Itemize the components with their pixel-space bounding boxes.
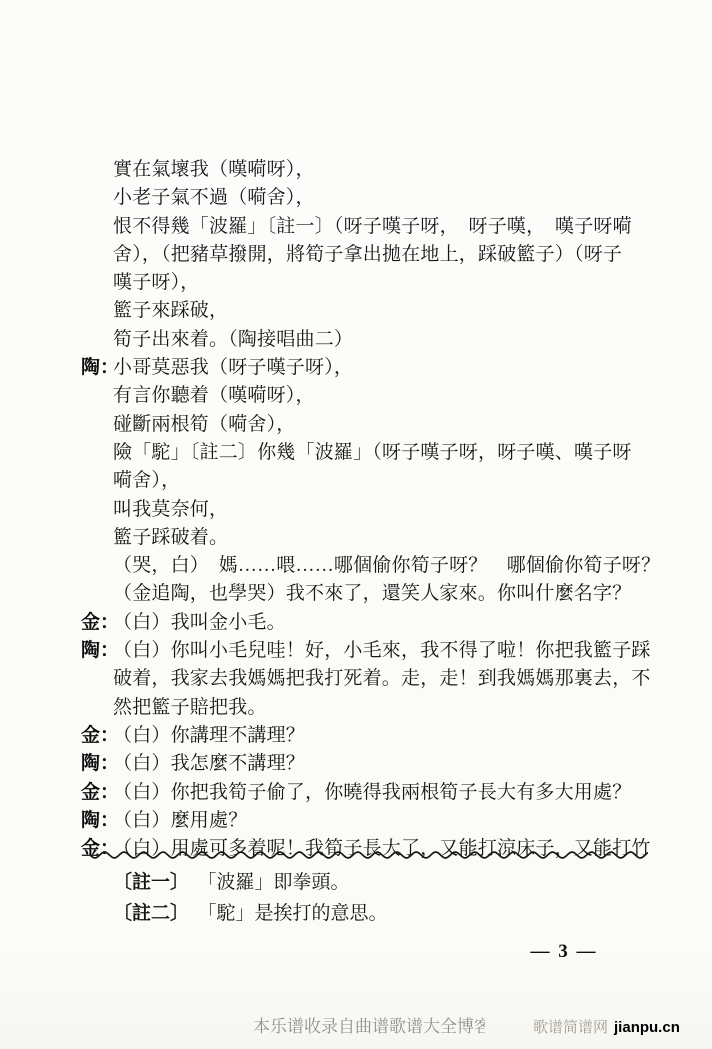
footnote: 〔註一〕「波羅」即拳頭。 [113,868,388,899]
script-line: 嗬舍）， [0,467,680,495]
speaker-label: 陶： [81,750,119,778]
script-line: 金：（白）我叫金小毛。 [0,609,680,637]
speaker-label: 陶： [81,354,119,382]
script-line: 陶：（白）你叫小毛兒哇！好，小毛來，我不得了啦！你把我籃子踩 [0,637,680,665]
script-line: 陶：（白）我怎麼不講理？ [0,750,680,778]
speaker-label: 金： [81,722,119,750]
script-line: 叫我莫奈何， [0,496,680,524]
line-text: 小老子氣不過（嗬舍）， [113,187,315,208]
line-text: （白）你把我筍子偷了，你曉得我兩根筍子長大有多大用處？ [113,782,631,803]
watermark-site-name: 歌谱简谱网 [533,1019,608,1036]
line-text: 險「駝」〔註二〕你幾「波羅」（呀子嘆子呀，呀子嘆、嘆子呀 [113,442,632,463]
line-text: 嘆子呀）， [113,272,200,293]
watermark-site: 歌谱简谱网jianpu.cn [533,1016,680,1037]
line-text: 有言你聽着（嘆嗬呀）， [113,385,315,406]
line-text: 小哥莫惡我（呀子嘆子呀）， [113,357,353,378]
speaker-label: 金： [81,609,119,637]
line-text: （哭，白） 媽……喂……哪個偷你筍子呀？ 哪個偷你筍子呀？ [113,555,660,576]
line-text: 籃子踩破着。 [113,527,228,548]
watermark-site-domain: jianpu.cn [614,1019,680,1036]
script-line: 籃子踩破着。 [0,524,680,552]
line-text: 舍），（把豬草撥開，將筍子拿出拋在地上，踩破籃子）（呀子 [113,244,622,265]
line-text: 籃子來踩破， [113,300,228,321]
line-text: （白）我叫金小毛。 [113,612,286,633]
script-line: 實在氣壞我（嘆嗬呀）， [0,156,680,184]
script-line: 碰斷兩根筍（嗬舍）， [0,411,680,439]
script-line: 有言你聽着（嘆嗬呀）， [0,382,680,410]
footnote-text: 「駝」是挨打的意思。 [207,903,388,924]
line-text: （白）你叫小毛兒哇！好，小毛來，我不得了啦！你把我籃子踩 [113,640,651,661]
line-text: 碰斷兩根筍（嗬舍）， [113,414,296,435]
script-line: 金：（白）你講理不講理？ [0,722,680,750]
line-text: 破着，我家去我媽媽把我打死着。走，走！到我媽媽那裏去，不 [113,668,651,689]
scanned-script-page: 實在氣壞我（嘆嗬呀），小老子氣不過（嗬舍），恨不得幾「波羅」〔註一〕（呀子嘆子呀… [0,0,712,1049]
script-line: 筍子出來着。（陶接唱曲二） [0,326,680,354]
wavy-separator [90,849,648,861]
script-line: 險「駝」〔註二〕你幾「波羅」（呀子嘆子呀，呀子嘆、嘆子呀 [0,439,680,467]
watermark-left-text: 本乐谱收录自曲谱歌谱大全博客，由书 [253,1012,485,1037]
script-line: （哭，白） 媽……喂……哪個偷你筍子呀？ 哪個偷你筍子呀？ [0,552,680,580]
script-line: 舍），（把豬草撥開，將筍子拿出拋在地上，踩破籃子）（呀子 [0,241,680,269]
footnote-label: 〔註二〕 [113,903,189,924]
page-number: — 3 — [519,941,609,963]
footnote: 〔註二〕「駝」是挨打的意思。 [113,899,388,930]
line-text: （白）我怎麼不講理？ [113,753,305,774]
line-text: 然把籃子賠把我。 [113,697,267,718]
line-text: 筍子出來着。（陶接唱曲二） [113,329,353,350]
script-line: 破着，我家去我媽媽把我打死着。走，走！到我媽媽那裏去，不 [0,665,680,693]
speaker-label: 陶： [81,637,119,665]
script-line: 陶：小哥莫惡我（呀子嘆子呀）， [0,354,680,382]
script-line: 恨不得幾「波羅」〔註一〕（呀子嘆子呀， 呀子嘆， 嘆子呀嗬 [0,213,680,241]
footnote-text: 「波羅」即拳頭。 [207,872,350,893]
script-line: 籃子來踩破， [0,297,680,325]
script-line: 然把籃子賠把我。 [0,694,680,722]
line-text: （白）你講理不講理？ [113,725,305,746]
speaker-label: 陶： [81,807,119,835]
script-line: 金：（白）你把我筍子偷了，你曉得我兩根筍子長大有多大用處？ [0,779,680,807]
script-line: 小老子氣不過（嗬舍）， [0,184,680,212]
speaker-label: 金： [81,779,119,807]
line-text: 嗬舍）， [113,470,180,491]
footnote-label: 〔註一〕 [113,872,189,893]
script-line: （金追陶，也學哭）我不來了，還笑人家來。你叫什麼名字？ [0,580,680,608]
line-text: 叫我莫奈何， [113,499,228,520]
line-text: （白）麼用處？ [113,810,247,831]
line-text: （金追陶，也學哭）我不來了，還笑人家來。你叫什麼名字？ [113,583,631,604]
footnotes: 〔註一〕「波羅」即拳頭。〔註二〕「駝」是挨打的意思。 [113,868,388,929]
script-body: 實在氣壞我（嘆嗬呀），小老子氣不過（嗬舍），恨不得幾「波羅」〔註一〕（呀子嘆子呀… [0,156,680,863]
line-text: 實在氣壞我（嘆嗬呀）， [113,159,315,180]
line-text: 恨不得幾「波羅」〔註一〕（呀子嘆子呀， 呀子嘆， 嘆子呀嗬 [113,216,632,237]
script-line: 嘆子呀）， [0,269,680,297]
script-line: 陶：（白）麼用處？ [0,807,680,835]
watermark-strip: 本乐谱收录自曲谱歌谱大全博客，由书 歌谱简谱网jianpu.cn [0,1006,712,1049]
